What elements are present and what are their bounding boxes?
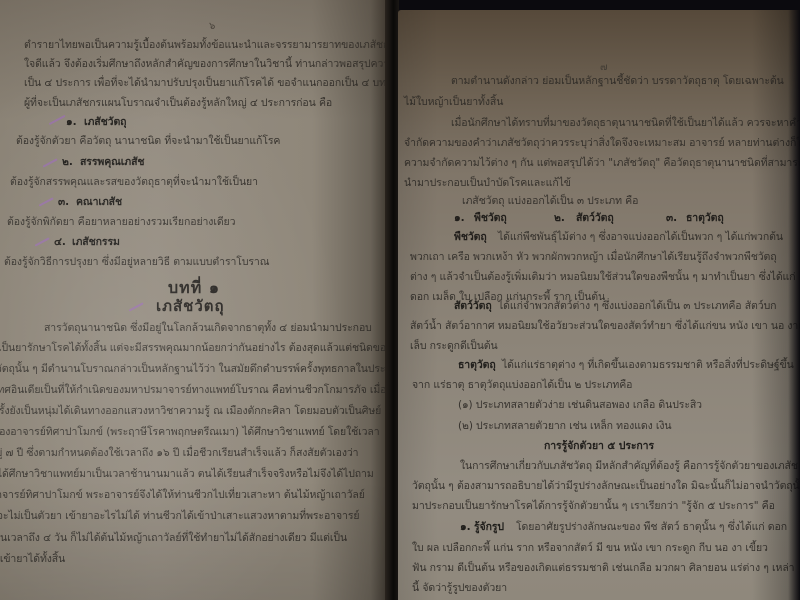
body-line: นำมาประกอบเป็นบำบัดโรคและแก้ไข้ — [404, 178, 571, 189]
body-line: ที่จะไม่เป็นตัวยา เข้ายาอะไรไม่ได้ ท่านช… — [0, 511, 359, 522]
body-line: ครั้งยังเป็นหนุ่มได้เดินทางออกแสวงหาวิชา… — [0, 406, 381, 417]
body-line: พวกเถา เครือ พวกเหง้า หัว พวกผักพวกหญ้า … — [410, 252, 777, 263]
category-name: สัตว์วัตถุ — [576, 213, 614, 224]
principle-description: ต้องรู้จักพิกัดยา คือยาหลายอย่างรวมเรียก… — [7, 217, 235, 228]
principle-number: ๓. — [58, 197, 69, 208]
principle-number: ๔. — [54, 237, 66, 248]
body-line: เป็นเวลาถึง ๔ วัน ก็ไม่ได้ต้นไม้หญ้าเถาว… — [0, 533, 347, 544]
body-line: นี้ จัดว่ารู้รูปของตัวยา — [412, 583, 507, 594]
intro-line: ตำรายาไทยพอเป็นความรู้เบื้องต้นพร้อมทั้ง… — [24, 40, 390, 51]
chapter-title: เภสัชวัตถุ — [156, 299, 225, 314]
mineral-type: (๑) ประเภทสลายตัวง่าย เช่นดินสอพอง เกลือ… — [458, 400, 702, 411]
principle-description: ต้องรู้จักสรรพคุณและรสของวัตถุธาตุที่จะน… — [10, 177, 258, 188]
intro-line: ใจดีแล้ว จึงต้องเริ่มศึกษาถึงหลักสำคัญขอ… — [24, 59, 390, 70]
body-line: มาประกอบเป็นยารักษาโรคได้การรู้จักตัวยาน… — [412, 501, 775, 512]
page-edge-shadow — [788, 0, 800, 600]
section-heading-mineral: ธาตุวัตถุ — [458, 360, 496, 371]
chapter-label: บทที่ ๑ — [168, 280, 220, 296]
principle-description: ต้องรู้จักตัวยา คือวัตถุ นานาชนิด ที่จะน… — [16, 136, 280, 147]
body-line: อยู่ ๗ ปี ซึ่งตามกำหนดต้องใช้เวลาถึง ๑๖ … — [0, 448, 358, 459]
left-page: ๖ ตำรายาไทยพอเป็นความรู้เบื้องต้นพร้อมทั… — [0, 0, 390, 600]
pen-check-mark — [49, 115, 66, 125]
body-line: เทศอินเดียเป็นที่ให้กำเนิดของมหาปรมาจารย… — [0, 385, 386, 396]
recognition-item-label: ๑. รู้จักรูป — [460, 522, 504, 533]
body-line: ของอาจารย์ทิศาปาโมกข์ (พระฤาษีโรคาพฤกษตร… — [0, 427, 380, 438]
page-number: ๗ — [600, 63, 607, 73]
body-line: อาจารย์ทิศาปาโมกข์ พระอาจารย์จึงได้ให้ท่… — [0, 490, 365, 501]
section-heading-recognition: การรู้จักตัวยา ๕ ประการ — [544, 441, 654, 452]
body-line: วัตถุนั้น ๆ มีตำนานโบราณกล่าวเป็นหลักฐาน… — [0, 364, 389, 375]
body-line: ฟัน กราม ดีเป็นต้น หรือของเกิดแต่ธรรมชาต… — [412, 563, 794, 574]
body-line: โดยอาศัยรูปร่างลักษณะของ พืช สัตว์ ธาตุน… — [516, 522, 787, 533]
category-number: ๒. — [554, 213, 565, 224]
right-page: ๗ ตามตำนานดังกล่าว ย่อมเป็นหลักฐานชี้ชัด… — [398, 10, 800, 600]
body-line: ไม้ใบหญ้าเป็นยาทั้งสิ้น — [404, 97, 503, 108]
principle-description: ต้องรู้จักวิธีการปรุงยา ซึ่งมีอยู่หลายวิ… — [4, 257, 269, 268]
open-book-photo: ๖ ตำรายาไทยพอเป็นความรู้เบื้องต้นพร้อมทั… — [0, 0, 800, 600]
pen-check-mark — [43, 158, 58, 167]
body-line: สัตว์น้ำ สัตว์อากาศ หมอนิยมใช้อวัยวะส่วน… — [410, 321, 800, 332]
body-line: เมื่อนักศึกษาได้ทราบที่มาของวัตถุธาตุนาน… — [451, 118, 800, 129]
principle-title: คณาเภสัช — [76, 197, 122, 208]
body-line: ความจำกัดความไว้ต่าง ๆ กัน แต่พอสรุปได้ว… — [404, 158, 800, 169]
body-line: ตามตำนานดังกล่าว ย่อมเป็นหลักฐานชี้ชัดว่… — [451, 76, 784, 87]
body-line: จาก แร่ธาตุ ธาตุวัตถุแบ่งออกได้เป็น ๒ ปร… — [412, 380, 632, 391]
body-line: ในการศึกษาเกี่ยวกับเภสัชวัตถุ มีหลักสำคั… — [460, 461, 798, 472]
body-line: สารวัตถุนานาชนิด ซึ่งมีอยู่ในโลกล้วนเกิด… — [44, 323, 372, 334]
intro-line: เป็น ๔ ประการ เพื่อที่จะได้นำมาปรับปรุงเ… — [24, 78, 390, 89]
principle-title: เภสัชกรรม — [72, 237, 120, 248]
category-number: ๑. — [454, 213, 464, 224]
category-name: ธาตุวัตถุ — [686, 213, 724, 224]
section-heading-plant: พืชวัตถุ — [454, 232, 487, 243]
body-line: เป็นยารักษาโรคได้ทั้งสิ้น แต่จะมีสรรพคุณ… — [0, 343, 390, 354]
page-number: ๖ — [209, 22, 215, 32]
body-line: ได้แก่แร่ธาตุต่าง ๆ ที่เกิดขึ้นเองตามธรร… — [502, 360, 794, 371]
body-line: เล็บ กระดูกดีเป็นต้น — [410, 341, 498, 352]
principle-title: เภสัชวัตถุ — [84, 117, 126, 128]
pen-check-mark — [35, 237, 50, 246]
category-name: พืชวัตถุ — [474, 213, 507, 224]
category-number: ๓. — [666, 213, 677, 224]
body-line: ที่ได้ศึกษาวิชาแพทย์มาเป็นเวลาช้านานมาแล… — [0, 469, 374, 480]
principle-number: ๒. — [62, 157, 73, 168]
book-gutter — [385, 0, 399, 600]
intro-line: ผู้ที่จะเป็นเภสัชกรแผนโบราณจำเป็นต้องรู้… — [24, 98, 332, 109]
body-line: ได้แก่จำพวกสัตว์ต่าง ๆ ซึ่งแบ่งออกได้เป็… — [498, 301, 776, 312]
body-line: ได้แก่พืชพันธุ์ไม้ต่าง ๆ ซึ่งอาจแบ่งออกไ… — [498, 232, 783, 243]
body-line: ยาเข้ายาได้ทั้งสิ้น — [0, 554, 65, 565]
pen-check-mark — [39, 197, 54, 206]
body-line: ใบ ผล เปลือกกะพี้ แก่น ราก หรือจากสัตว์ … — [412, 543, 768, 554]
body-line: จำกัดความของคำว่าเภสัชวัตถุว่าควรระบุว่า… — [404, 138, 800, 149]
categories-intro: เภสัชวัตถุ แบ่งออกได้เป็น ๓ ประเภท คือ — [462, 196, 638, 207]
principle-number: ๑. — [66, 117, 76, 128]
section-heading-animal: สัตว์วัตถุ — [454, 301, 492, 312]
body-line: วัตถุนั้น ๆ ต้องสามารถอธิบายได้ว่ามีรูปร… — [412, 481, 800, 492]
pen-check-mark — [129, 302, 144, 311]
body-line: ต่าง ๆ แล้วจำเป็นต้องรู้เพิ่มเติมว่า หมอ… — [410, 272, 795, 283]
principle-title: สรรพคุณเภสัช — [80, 157, 144, 168]
mineral-type: (๒) ประเภทสลายตัวยาก เช่น เหล็ก ทองแดง เ… — [458, 421, 671, 432]
